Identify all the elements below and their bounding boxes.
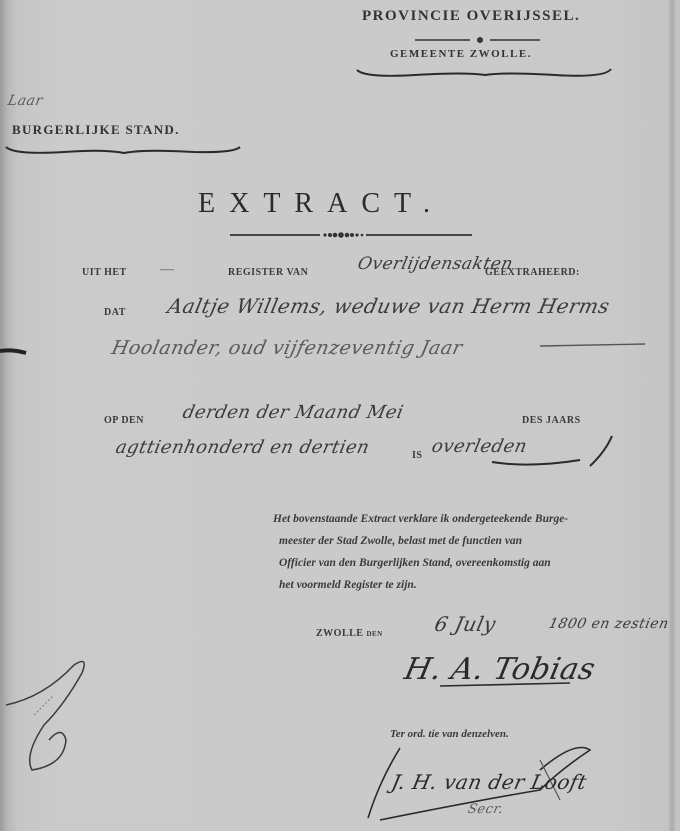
- document-page: PROVINCIE OVERIJSSEL. GEMEENTE ZWOLLE. L…: [0, 0, 680, 831]
- handwritten-date: derden der Maand Mei: [181, 402, 406, 423]
- label-geextraheerd: GEEXTRAHEERD:: [485, 267, 580, 278]
- certification-line: Officier van den Burgerlijken Stand, ove…: [273, 552, 673, 574]
- margin-note: Laar: [6, 93, 44, 109]
- ornament-divider-icon: [230, 230, 480, 240]
- flourish: [490, 432, 620, 472]
- certification-line: Het bovenstaande Extract verklare ik ond…: [273, 508, 673, 530]
- handwritten-issue-day: 6 July: [432, 612, 498, 636]
- handwritten-issue-year: 1800 en zestien: [547, 616, 670, 632]
- label-is: IS: [412, 450, 422, 461]
- label-des-jaars: DES JAARS: [522, 415, 581, 426]
- label-uit-het: UIT HET: [82, 267, 127, 278]
- secretary-signature: J. H. van der Looft: [389, 770, 589, 794]
- handwritten-deceased-details: Hoolander, oud vijfenzeventig Jaar: [110, 337, 465, 359]
- certification-line: het voormeld Register te zijn.: [273, 574, 673, 596]
- brace-rule-icon: [355, 66, 615, 80]
- handwritten-deceased-name: Aaltje Willems, weduwe van Herm Herms: [165, 294, 612, 318]
- brace-rule-icon: [4, 145, 244, 159]
- label-op-den: OP DEN: [104, 415, 144, 426]
- paraph-icon: [4, 655, 94, 775]
- dash: —: [160, 262, 174, 278]
- fill-line: [540, 343, 650, 349]
- label-dat: DAT: [104, 307, 126, 318]
- document-title: EXTRACT.: [198, 188, 444, 220]
- handwritten-year: agttienhonderd en dertien: [114, 437, 372, 458]
- secretary-suffix: Secr.: [466, 802, 505, 817]
- edge-mark: [0, 346, 30, 358]
- province-heading: PROVINCIE OVERIJSSEL.: [362, 8, 580, 25]
- label-place: ZWOLLE den: [316, 628, 383, 639]
- certification-line: meester der Stad Zwolle, belast met de f…: [273, 530, 673, 552]
- signature-underline: [440, 680, 580, 690]
- registry-heading: BURGERLIJKE STAND.: [12, 122, 180, 138]
- label-register-van: REGISTER VAN: [228, 267, 308, 278]
- municipality-heading: GEMEENTE ZWOLLE.: [390, 48, 532, 60]
- ornament-divider-icon: [415, 36, 545, 46]
